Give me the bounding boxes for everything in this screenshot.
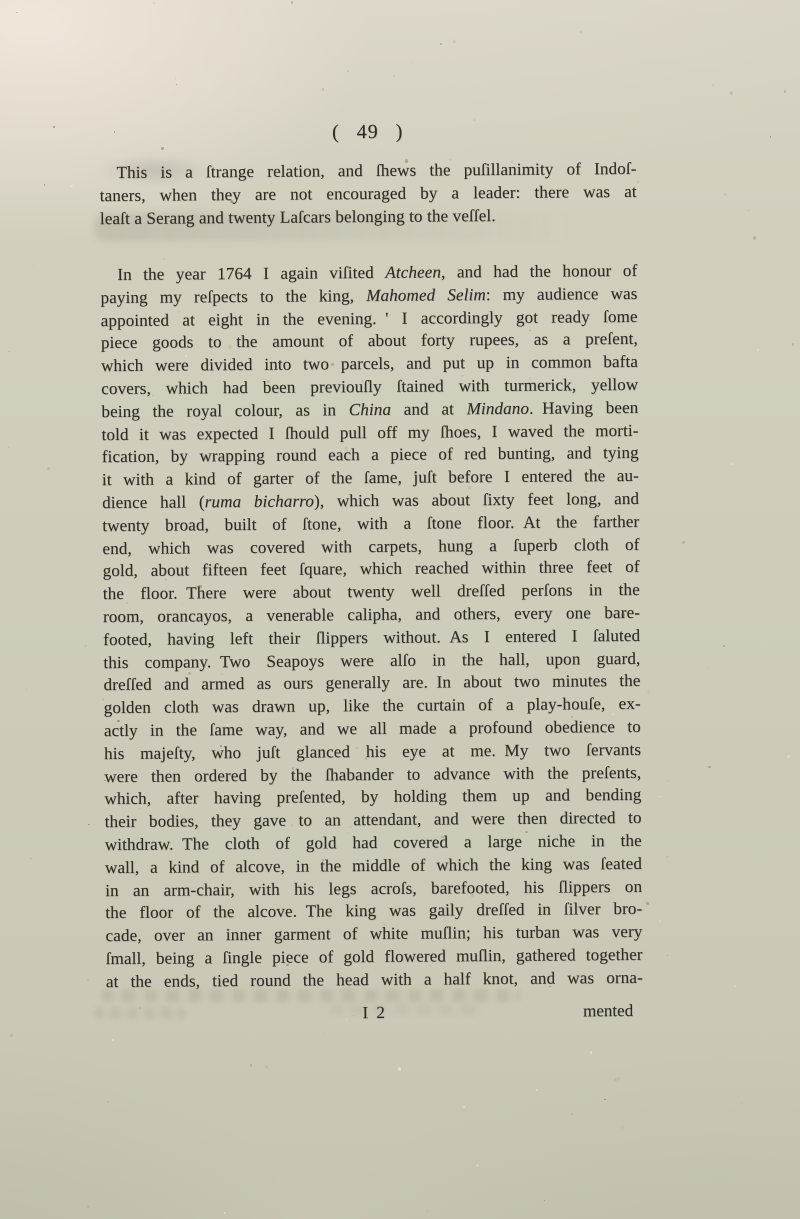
page-footer-line: I 2 mented — [106, 999, 643, 1026]
catchword: mented — [583, 999, 633, 1022]
book-page-scan: ( 49 ) This is a ſtrange relation, and ſ… — [0, 0, 800, 1219]
text-line: taners, when they are not encouraged by … — [100, 181, 637, 208]
page-number-heading: ( 49 ) — [99, 119, 636, 146]
page-text-block: ( 49 ) This is a ſtrange relation, and ſ… — [98, 0, 645, 1219]
paragraph: This is a ſtrange relation, and ſhews th… — [99, 158, 637, 231]
text-line: leaſt a Serang and twenty Laſcars belong… — [100, 203, 637, 230]
text-line: at the ends, tied round the head with a … — [106, 967, 643, 994]
signature-mark: I 2 — [362, 1001, 387, 1024]
paragraph: In the year 1764 I again viſited Atcheen… — [100, 260, 643, 994]
